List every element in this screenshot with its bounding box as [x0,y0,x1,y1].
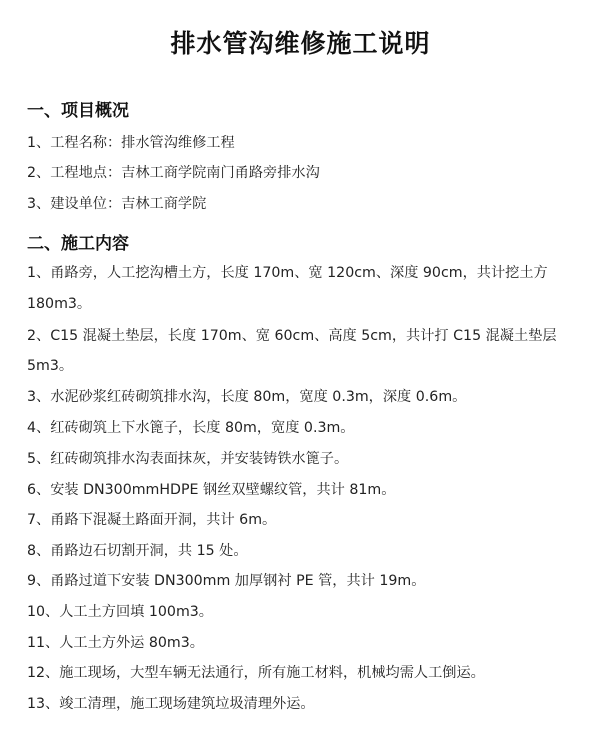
document-page: 排水管沟维修施工说明 一、项目概况 1、工程名称：排水管沟维修工程 2、工程地点… [0,0,601,739]
construction-line: 2、C15 混凝土垫层，长度 170m、宽 60cm、高度 5cm，共计打 C1… [27,325,557,345]
construction-line: 5m3。 [27,355,73,375]
construction-line: 3、水泥砂浆红砖砌筑排水沟，长度 80m，宽度 0.3m，深度 0.6m。 [27,386,466,406]
section-heading-construction: 二、施工内容 [27,229,129,254]
section-heading-overview: 一、项目概况 [27,96,129,121]
document-title: 排水管沟维修施工说明 [0,24,601,60]
overview-line: 2、工程地点：吉林工商学院南门甬路旁排水沟 [27,162,320,182]
overview-line: 1、工程名称：排水管沟维修工程 [27,132,235,152]
construction-line: 9、甬路过道下安装 DN300mm 加厚钢衬 PE 管，共计 19m。 [27,570,425,590]
construction-line: 1、甬路旁，人工挖沟槽土方，长度 170m、宽 120cm、深度 90cm，共计… [27,262,548,282]
construction-line: 4、红砖砌筑上下水篦子，长度 80m，宽度 0.3m。 [27,417,355,437]
construction-line: 10、人工土方回填 100m3。 [27,601,213,621]
construction-line: 5、红砖砌筑排水沟表面抹灰，并安装铸铁水篦子。 [27,448,348,468]
construction-line: 180m3。 [27,293,91,313]
construction-line: 12、施工现场，大型车辆无法通行，所有施工材料，机械均需人工倒运。 [27,662,485,682]
overview-line: 3、建设单位：吉林工商学院 [27,193,206,213]
construction-line: 6、安装 DN300mmHDPE 钢丝双壁螺纹管，共计 81m。 [27,479,395,499]
construction-line: 11、人工土方外运 80m3。 [27,632,204,652]
construction-line: 7、甬路下混凝土路面开洞，共计 6m。 [27,509,276,529]
construction-line: 8、甬路边石切割开洞，共 15 处。 [27,540,248,560]
construction-line: 13、竣工清理，施工现场建筑垃圾清理外运。 [27,693,315,713]
